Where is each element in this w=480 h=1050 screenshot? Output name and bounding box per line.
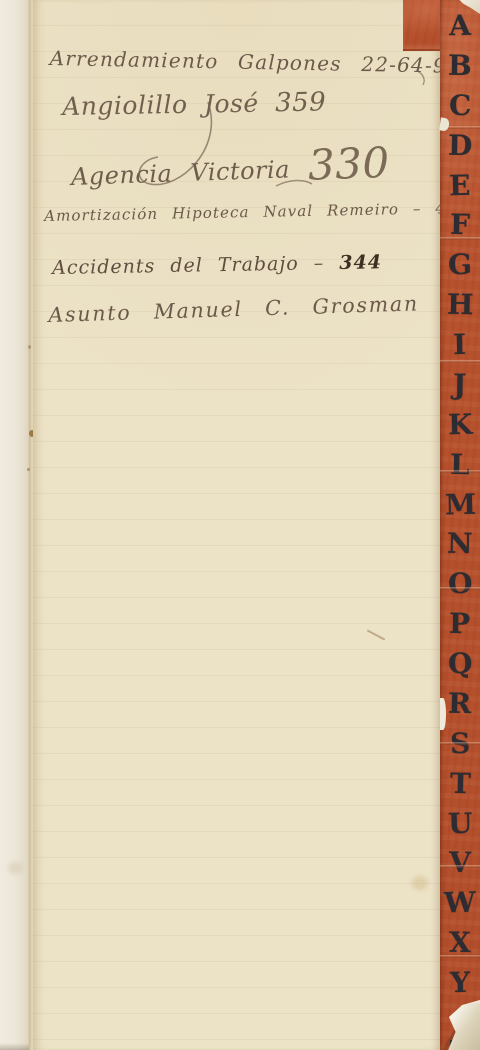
tab-seam xyxy=(440,955,480,958)
paper-stain xyxy=(412,876,428,890)
tab-torn-nick xyxy=(440,698,446,730)
tab-letter-x[interactable]: X xyxy=(449,929,471,957)
index-entry: Agencia Victoria 330 xyxy=(70,135,390,195)
tab-seam xyxy=(440,237,480,240)
tab-seam xyxy=(440,742,480,745)
tab-letter-q[interactable]: Q xyxy=(448,650,473,679)
tab-letter-d[interactable]: D xyxy=(448,131,473,159)
tab-letter-r[interactable]: R xyxy=(448,690,472,718)
paper-speck xyxy=(27,468,30,471)
tab-seam xyxy=(440,587,480,590)
tab-letter-j[interactable]: J xyxy=(453,371,467,399)
entry-number: 330 xyxy=(307,138,390,190)
tab-letter-e[interactable]: E xyxy=(449,171,471,199)
tab-letter-t[interactable]: T xyxy=(449,769,470,797)
entry-number: 344 xyxy=(339,251,382,274)
tab-seam xyxy=(440,470,480,473)
tab-letter-k[interactable]: K xyxy=(448,410,473,439)
tab-letter-f[interactable]: F xyxy=(450,211,470,239)
tab-letter-i[interactable]: I xyxy=(453,331,467,359)
tab-letter-w[interactable]: W xyxy=(444,889,476,918)
entry-number: 359 xyxy=(275,87,327,118)
tab-letter-y[interactable]: Y xyxy=(450,969,471,997)
tab-letter-b[interactable]: B xyxy=(448,52,472,80)
tab-letter-p[interactable]: P xyxy=(449,610,471,638)
entry-text: Agencia Victoria xyxy=(71,155,291,191)
tab-letter-v[interactable]: V xyxy=(449,849,471,877)
entry-text: Angiolillo José xyxy=(62,89,259,121)
tab-letter-h[interactable]: H xyxy=(447,291,474,319)
ledger-index-page-scan: Arrendamiento Galpones 22-64-95 Angiolil… xyxy=(0,0,480,1050)
tab-letter-n[interactable]: N xyxy=(447,530,473,558)
tab-seam xyxy=(440,360,480,363)
paper-speck xyxy=(28,345,31,349)
tab-letter-l[interactable]: L xyxy=(450,450,470,478)
tab-letter-a[interactable]: A xyxy=(449,12,471,40)
paper-stain xyxy=(8,862,22,874)
tab-letter-g[interactable]: G xyxy=(448,251,473,279)
book-binding-edge xyxy=(0,0,30,1050)
tab-letter-m[interactable]: M xyxy=(444,490,476,519)
index-entry: Angiolillo José 359 xyxy=(62,87,326,122)
alphabet-tab-strip: ABCDEFGHIJKLMNOPQRSTUVWXY xyxy=(440,0,480,1050)
tab-letter-list: ABCDEFGHIJKLMNOPQRSTUVWXY xyxy=(440,12,480,997)
tab-letter-u[interactable]: U xyxy=(447,809,472,838)
tab-seam xyxy=(440,865,480,868)
tab-letter-c[interactable]: C xyxy=(449,92,472,120)
tab-letter-o[interactable]: O xyxy=(448,570,473,599)
